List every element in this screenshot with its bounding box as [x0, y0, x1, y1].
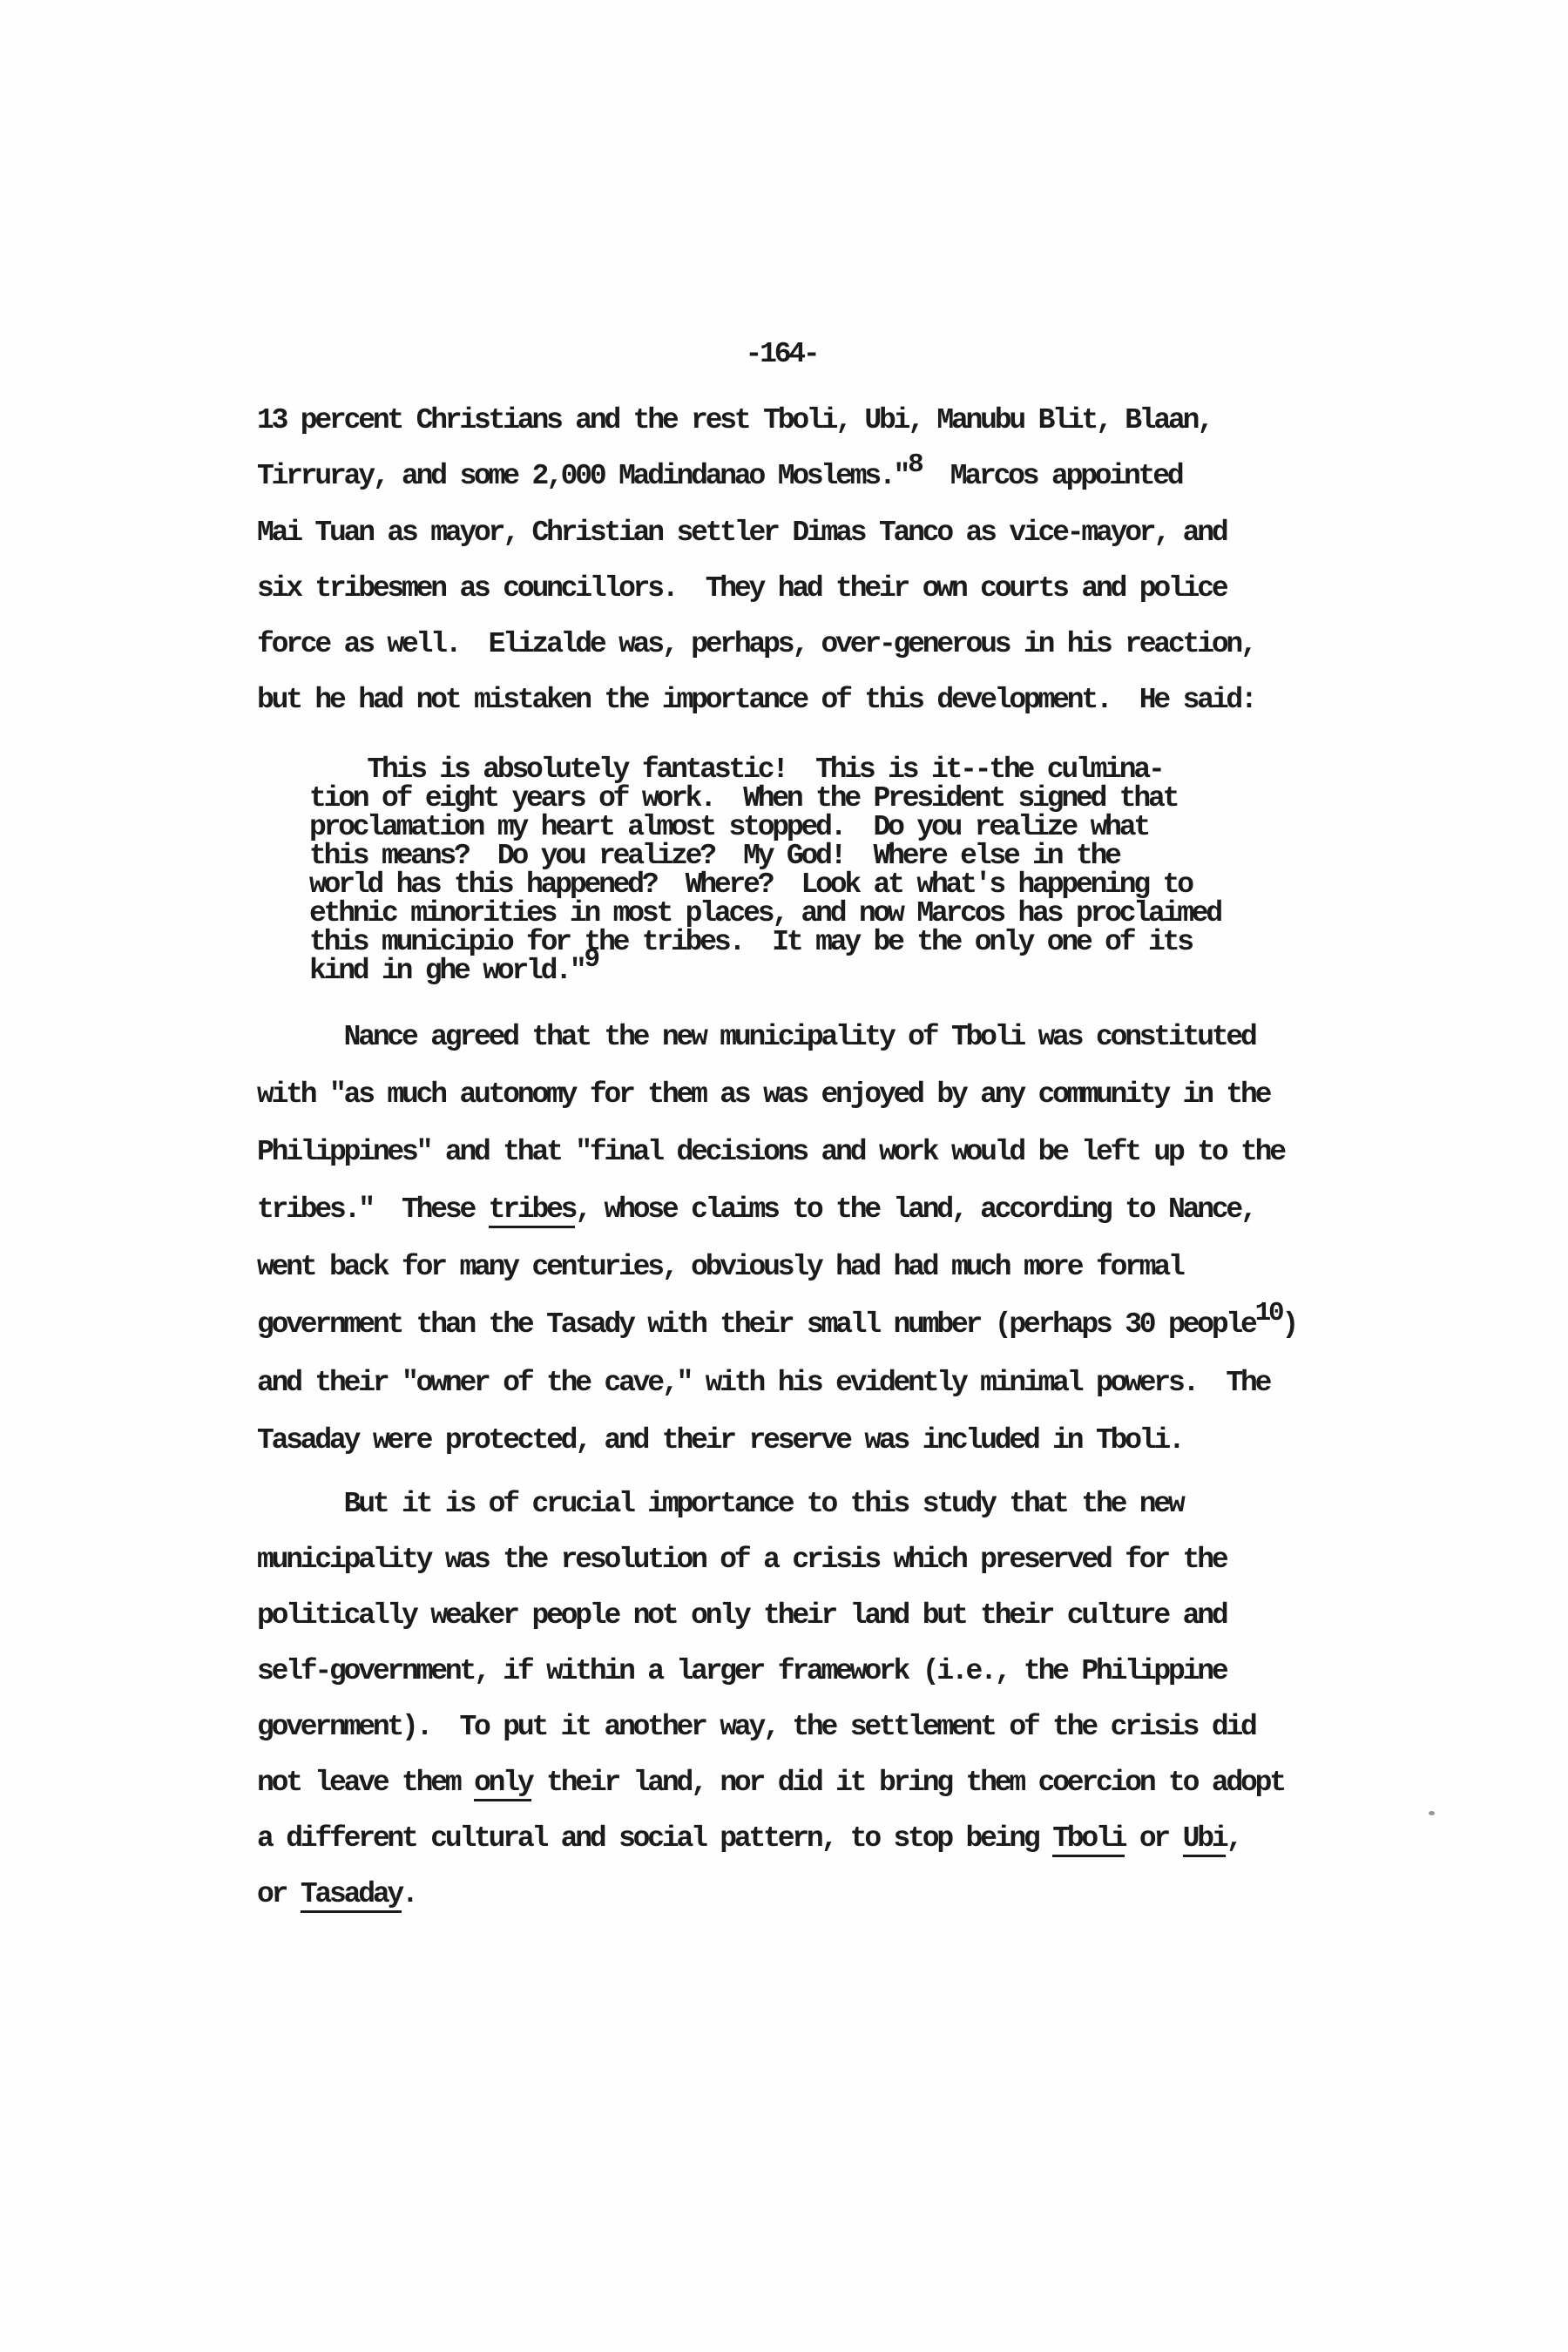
text-segment: Mai Tuan as mayor, Christian settler Dim… [257, 517, 1226, 549]
underlined-text: Ubi [1183, 1822, 1227, 1857]
text-line: with "as much autonomy for them as was e… [257, 1066, 1296, 1124]
text-line: politically weaker people not only their… [257, 1588, 1284, 1644]
text-line: kind in ghe world."9 [309, 956, 1220, 986]
text-line: six tribesmen as councillors. They had t… [257, 561, 1255, 617]
text-line: Philippines" and that "final decisions a… [257, 1124, 1296, 1181]
text-line: government than the Tasady with their sm… [257, 1296, 1296, 1355]
text-segment: proclamation my heart almost stopped. Do… [309, 811, 1148, 843]
text-segment: , [1226, 1822, 1240, 1855]
footnote-superscript: 9 [584, 944, 597, 975]
text-segment: tribes." These [257, 1193, 489, 1226]
text-segment: Tirruray, and some 2,000 Madindanao Mosl… [257, 460, 908, 492]
text-segment: Nance agreed that the new municipality o… [257, 1021, 1255, 1053]
text-segment: politically weaker people not only their… [257, 1599, 1226, 1632]
text-line: tion of eight years of work. When the Pr… [309, 784, 1220, 813]
text-segment: with "as much autonomy for them as was e… [257, 1078, 1269, 1111]
text-segment: or [257, 1878, 301, 1910]
text-line: government). To put it another way, the … [257, 1700, 1284, 1755]
footnote-superscript: 8 [908, 449, 921, 480]
text-line: went back for many centuries, obviously … [257, 1239, 1296, 1296]
text-line: this means? Do you realize? My God! Wher… [309, 841, 1220, 870]
text-segment: ) [1281, 1308, 1296, 1341]
text-line: but he had not mistaken the importance o… [257, 672, 1255, 728]
text-line: this municipio for the tribes. It may be… [309, 928, 1220, 956]
text-segment: But it is of crucial importance to this … [257, 1488, 1183, 1520]
text-segment: Tasaday were protected, and their reserv… [257, 1424, 1183, 1456]
text-segment: tion of eight years of work. When the Pr… [309, 782, 1177, 814]
text-segment: ethnic minorities in most places, and no… [309, 897, 1220, 929]
text-segment: world has this happened? Where? Look at … [309, 868, 1192, 901]
text-segment: kind in ghe world." [309, 955, 584, 987]
text-segment: self-government, if within a larger fram… [257, 1655, 1226, 1687]
text-line: not leave them only their land, nor did … [257, 1755, 1284, 1811]
text-segment: Philippines" and that "final decisions a… [257, 1136, 1284, 1168]
text-line: or Tasaday. [257, 1867, 1284, 1923]
text-segment: a different cultural and social pattern,… [257, 1822, 1052, 1855]
text-segment: government than the Tasady with their sm… [257, 1308, 1255, 1341]
text-line: a different cultural and social pattern,… [257, 1811, 1284, 1867]
text-line: Mai Tuan as mayor, Christian settler Dim… [257, 505, 1255, 561]
page-number: -164- [0, 338, 1563, 370]
text-segment: and their "owner of the cave," with his … [257, 1367, 1269, 1399]
text-segment: . [402, 1878, 416, 1910]
scanned-document-page: -164- 13 percent Christians and the rest… [0, 0, 1568, 2352]
text-line: self-government, if within a larger fram… [257, 1644, 1284, 1700]
text-segment: force as well. Elizalde was, perhaps, ov… [257, 628, 1255, 660]
text-segment: This is absolutely fantastic! This is it… [309, 754, 1163, 786]
text-segment: this means? Do you realize? My God! Wher… [309, 840, 1119, 872]
text-line: This is absolutely fantastic! This is it… [309, 755, 1220, 784]
paragraph-1: 13 percent Christians and the rest Tboli… [257, 393, 1255, 728]
text-line: 13 percent Christians and the rest Tboli… [257, 393, 1255, 449]
text-segment: went back for many centuries, obviously … [257, 1251, 1183, 1283]
paragraph-3: But it is of crucial importance to this … [257, 1477, 1284, 1923]
text-segment: or [1125, 1822, 1182, 1855]
underlined-text: Tboli [1052, 1822, 1125, 1857]
text-line: force as well. Elizalde was, perhaps, ov… [257, 617, 1255, 672]
text-segment: , whose claims to the land, according to… [575, 1193, 1254, 1226]
text-segment: not leave them [257, 1767, 474, 1799]
underlined-text: tribes [489, 1193, 576, 1228]
text-line: world has this happened? Where? Look at … [309, 870, 1220, 899]
paragraph-2: Nance agreed that the new municipality o… [257, 1009, 1296, 1470]
block-quote: This is absolutely fantastic! This is it… [309, 755, 1220, 986]
text-segment: government). To put it another way, the … [257, 1711, 1255, 1743]
text-line: Nance agreed that the new municipality o… [257, 1009, 1296, 1066]
text-line: Tirruray, and some 2,000 Madindanao Mosl… [257, 449, 1255, 505]
text-segment: municipality was the resolution of a cri… [257, 1544, 1226, 1576]
text-segment: 13 percent Christians and the rest Tboli… [257, 404, 1212, 436]
text-line: Tasaday were protected, and their reserv… [257, 1412, 1296, 1470]
text-segment: this municipio for the tribes. It may be… [309, 926, 1192, 958]
underlined-text: Tasaday [301, 1878, 402, 1913]
text-segment: but he had not mistaken the importance o… [257, 684, 1255, 716]
text-segment: six tribesmen as councillors. They had t… [257, 572, 1226, 605]
text-line: proclamation my heart almost stopped. Do… [309, 813, 1220, 841]
footnote-superscript: 10 [1255, 1298, 1282, 1328]
underlined-text: only [474, 1767, 531, 1801]
text-line: municipality was the resolution of a cri… [257, 1532, 1284, 1588]
text-line: and their "owner of the cave," with his … [257, 1355, 1296, 1412]
text-line: tribes." These tribes, whose claims to t… [257, 1181, 1296, 1239]
text-line: ethnic minorities in most places, and no… [309, 899, 1220, 928]
text-line: But it is of crucial importance to this … [257, 1477, 1284, 1532]
text-segment: their land, nor did it bring them coerci… [531, 1767, 1283, 1799]
scan-speck-artifact [1429, 1811, 1435, 1815]
text-segment: Marcos appointed [922, 460, 1182, 492]
